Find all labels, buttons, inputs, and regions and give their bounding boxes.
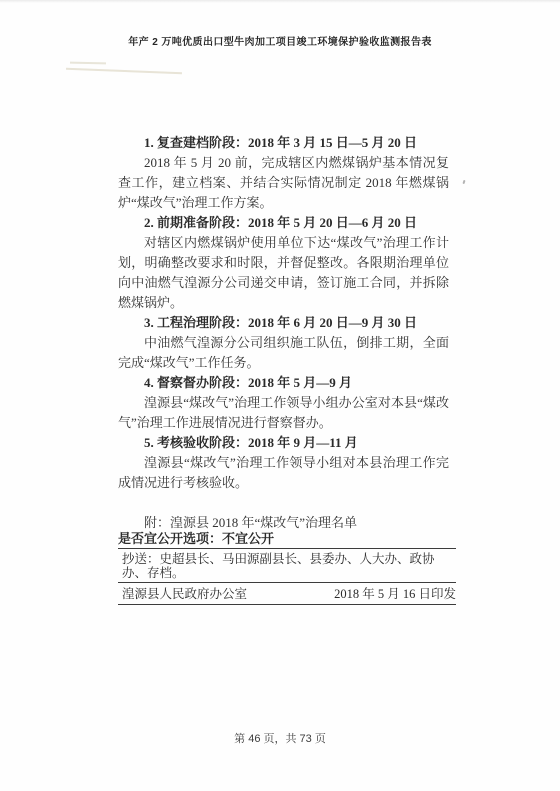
publicity-option-row: 是否宜公开选项：不宜公开: [118, 532, 456, 549]
scan-artifact-line: [66, 68, 182, 74]
stage-5-heading: 5. 考核验收阶段：2018 年 9 月—11 月: [118, 433, 449, 453]
stage-3-heading: 3. 工程治理阶段：2018 年 6 月 20 日—9 月 30 日: [118, 313, 449, 333]
stage-4-heading: 4. 督察督办阶段：2018 年 5 月—9 月: [118, 373, 449, 393]
stage-2-paragraph: 对辖区内燃煤锅炉使用单位下达“煤改气”治理工作计划，明确整改要求和时限，并督促整…: [118, 233, 449, 313]
issuer-row: 湟源县人民政府办公室 2018 年 5 月 16 日印发: [118, 583, 456, 605]
issuer-office: 湟源县人民政府办公室: [122, 587, 247, 601]
stage-4-paragraph: 湟源县“煤改气”治理工作领导小组办公室对本县“煤改气”治理工作进展情况进行督察督…: [118, 393, 449, 433]
stage-3-paragraph: 中油燃气湟源分公司组织施工队伍，倒排工期，全面完成“煤改气”工作任务。: [118, 333, 449, 373]
stage-2-heading: 2. 前期准备阶段：2018 年 5 月 20 日—6 月 20 日: [118, 213, 449, 233]
scan-artifact-line: [70, 62, 106, 64]
issue-date: 2018 年 5 月 16 日印发: [334, 587, 456, 601]
page-number: 第 46 页，共 73 页: [0, 730, 560, 746]
stage-5-paragraph: 湟源县“煤改气”治理工作领导小组对本县治理工作完成情况进行考核验收。: [118, 453, 449, 493]
cc-list-row: 抄送：史超县长、马田源副县长、县委办、人大办、政协办、存档。: [118, 549, 456, 583]
stage-1-paragraph: 2018 年 5 月 20 前，完成辖区内燃煤锅炉基本情况复查工作，建立档案、并…: [118, 153, 449, 213]
scan-edge-artifact: [0, 0, 560, 3]
document-body: 1. 复查建档阶段：2018 年 3 月 15 日—5 月 20 日 2018 …: [118, 133, 449, 533]
scan-artifact-mark: [462, 180, 465, 184]
page-title: 年产 2 万吨优质出口型牛肉加工项目竣工环境保护验收监测报告表: [0, 33, 560, 48]
approval-block: 是否宜公开选项：不宜公开 抄送：史超县长、马田源副县长、县委办、人大办、政协办、…: [118, 532, 456, 605]
attachment-note: 附：湟源县 2018 年“煤改气”治理名单: [118, 513, 449, 533]
document-page: 年产 2 万吨优质出口型牛肉加工项目竣工环境保护验收监测报告表 1. 复查建档阶…: [0, 0, 560, 791]
stage-1-heading: 1. 复查建档阶段：2018 年 3 月 15 日—5 月 20 日: [118, 133, 449, 153]
